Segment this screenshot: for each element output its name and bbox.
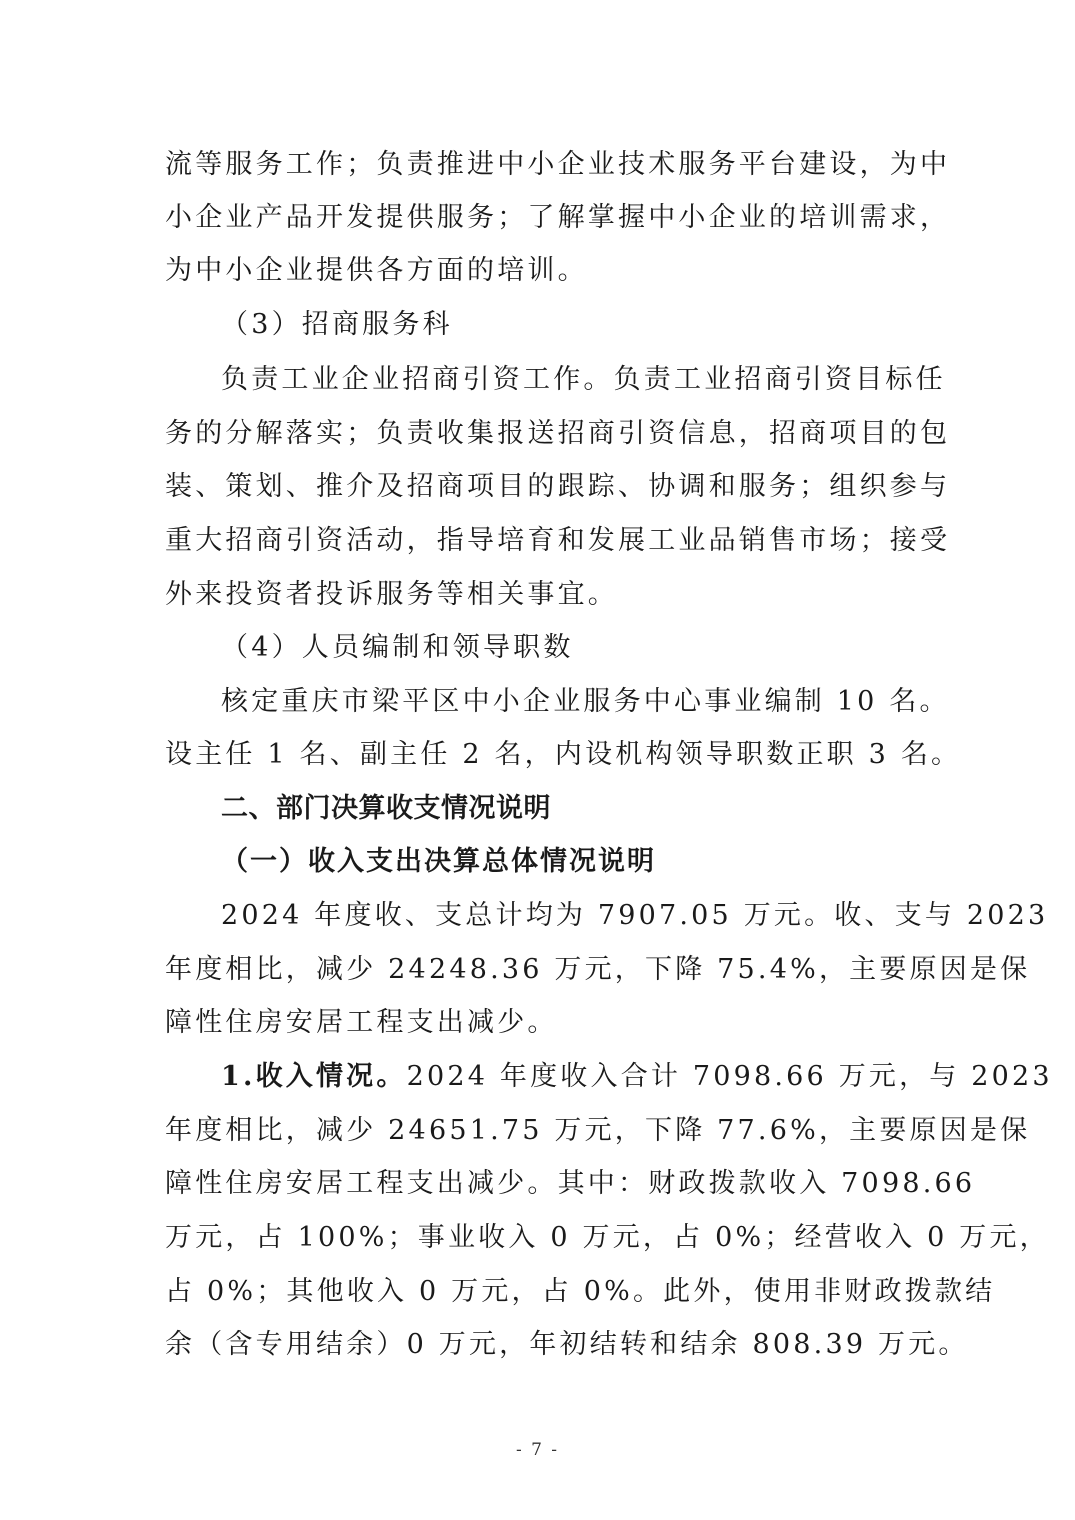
paragraph-line: 占 0%；其他收入 0 万元，占 0%。此外，使用非财政拨款结: [165, 1272, 915, 1312]
paragraph-line: 装、策划、推介及招商项目的跟踪、协调和服务；组织参与: [165, 467, 915, 507]
paragraph-line: 核定重庆市梁平区中小企业服务中心事业编制 10 名。: [221, 682, 915, 722]
income-label: 1.收入情况。: [221, 1061, 407, 1092]
paragraph-line: 流等服务工作；负责推进中小企业技术服务平台建设，为中: [165, 145, 915, 185]
paragraph-line: 务的分解落实；负责收集报送招商引资信息，招商项目的包: [165, 414, 915, 454]
income-first-line: 2024 年度收入合计 7098.66 万元，与 2023: [407, 1061, 1053, 1092]
paragraph-line: 年度相比，减少 24651.75 万元，下降 77.6%，主要原因是保: [165, 1111, 915, 1151]
page-number: - 7 -: [0, 1440, 1075, 1460]
paragraph-line: 障性住房安居工程支出减少。: [165, 1003, 915, 1043]
section-title-staffing: （4）人员编制和领导职数: [221, 628, 915, 668]
paragraph-line: 外来投资者投诉服务等相关事宜。: [165, 575, 915, 615]
section-heading-budget-overview: 二、部门决算收支情况说明: [221, 789, 551, 829]
paragraph-line: 设主任 1 名、副主任 2 名，内设机构领导职数正职 3 名。: [165, 735, 915, 775]
paragraph-line: 年度相比，减少 24248.36 万元，下降 75.4%，主要原因是保: [165, 950, 915, 990]
paragraph-line: 障性住房安居工程支出减少。其中：财政拨款收入 7098.66: [165, 1164, 915, 1204]
paragraph-line: 为中小企业提供各方面的培训。: [165, 251, 915, 291]
paragraph-line: 负责工业企业招商引资工作。负责工业招商引资目标任: [221, 360, 915, 400]
paragraph-line: 余（含专用结余）0 万元，年初结转和结余 808.39 万元。: [165, 1325, 915, 1365]
paragraph-line: 万元，占 100%；事业收入 0 万元，占 0%；经营收入 0 万元，: [165, 1218, 915, 1258]
subsection-heading-income-expense: （一）收入支出决算总体情况说明: [221, 842, 656, 882]
paragraph-line: 1.收入情况。2024 年度收入合计 7098.66 万元，与 2023: [221, 1057, 915, 1097]
paragraph-line: 2024 年度收、支总计均为 7907.05 万元。收、支与 2023: [221, 896, 915, 936]
paragraph-line: 重大招商引资活动，指导培育和发展工业品销售市场；接受: [165, 521, 915, 561]
paragraph-line: 小企业产品开发提供服务；了解掌握中小企业的培训需求，: [165, 198, 915, 238]
document-page: 流等服务工作；负责推进中小企业技术服务平台建设，为中 小企业产品开发提供服务；了…: [0, 0, 1075, 1520]
section-title-investment-service: （3）招商服务科: [221, 305, 915, 345]
